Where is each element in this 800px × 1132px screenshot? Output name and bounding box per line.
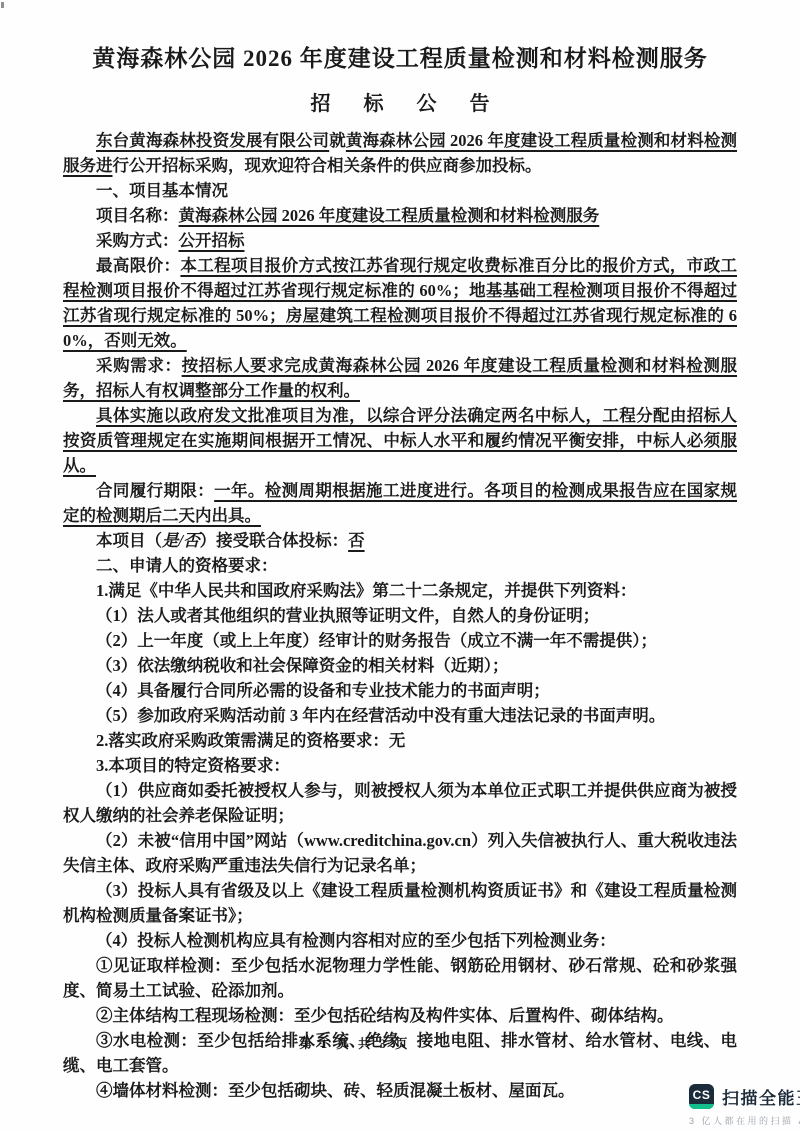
qualification-item-1-2: （2）上一年度（或上上年度）经审计的财务报告（成立不满一年不需提供）； [63,628,737,653]
qualification-item-1-4: （4）具备履行合同所必需的设备和专业技术能力的书面声明； [63,678,737,703]
text-segment: ②主体结构工程现场检测：至少包括砼结构及构件实体、后置构件、砌体结构。 [96,1006,674,1025]
text-segment: （4）投标人检测机构应具有检测内容相对应的至少包括下列检测业务： [96,931,616,950]
text-segment: （2）上一年度（或上上年度）经审计的财务报告（成立不满一年不需提供）； [96,631,657,650]
qualification-item-1-5: （5）参加政府采购活动前 3 年内在经营活动中没有重大违法记录的书面声明。 [63,703,737,728]
specific-item-3-4: （4）投标人检测机构应具有检测内容相对应的至少包括下列检测业务： [63,928,737,953]
text-segment: 具体实施以政府发文批准项目为准，以综合评分法确定两名中标人，工程分配由招标人按资… [63,406,737,475]
watermark-brand-name: 扫描全能王™ [722,1084,800,1109]
document-page: 黄海森林公园 2026 年度建设工程质量检测和材料检测服务 招 标 公 告 东台… [0,0,800,1132]
cs-logo-green-strip [689,1104,714,1109]
page-number: 第 1 页 共 3 页 [0,1034,710,1052]
qualification-item-3: 3.本项目的特定资格要求： [63,753,737,778]
text-segment: 否 [348,531,365,550]
max-price-line: 最高限价：本工程项目报价方式按江苏省现行规定收费标准百分比的报价方式，市政工程检… [63,253,737,353]
project-name-line: 项目名称：黄海森林公园 2026 年度建设工程质量检测和材料检测服务 [63,203,737,228]
scan-artifact [1,2,4,8]
text-segment: 就 [329,131,346,150]
document-title: 黄海森林公园 2026 年度建设工程质量检测和材料检测服务 [0,0,800,74]
text-segment: 公开招标 [179,231,245,250]
detection-item-4: ④墙体材料检测：至少包括砌块、砖、轻质混凝土板材、屋面瓦。 [63,1078,737,1103]
camscanner-watermark: CS 扫描全能王™ 3 亿人都在用的扫描 App [689,1084,800,1127]
text-segment: ）接受联合体投标： [200,531,349,550]
contract-period-line: 合同履行期限：一年。检测周期根据施工进度进行。各项目的检测成果报告应在国家规定的… [63,478,737,528]
camscanner-logo-icon: CS [689,1084,714,1109]
text-segment: 本项目（ [96,531,162,550]
consortium-bid-line: 本项目（是/否）接受联合体投标：否 [63,528,737,553]
text-segment: （1）法人或者其他组织的营业执照等证明文件，自然人的身份证明； [96,606,599,625]
section-1-heading: 一、项目基本情况 [63,178,737,203]
text-segment: 行公开招标采购，现欢迎符合相关条件的供应商参加投标。 [113,156,542,175]
section-2-heading: 二、申请人的资格要求： [63,553,737,578]
document-body: 东台黄海森林投资发展有限公司就黄海森林公园 2026 年度建设工程质量检测和材料… [63,128,737,1103]
procurement-demand-line: 采购需求：按招标人要求完成黄海森林公园 2026 年度建设工程质量检测和材料检测… [63,353,737,403]
text-segment: 合同履行期限： [96,481,214,500]
text-segment: 1.满足《中华人民共和国政府采购法》第二十二条规定，并提供下列资料： [96,581,636,600]
text-segment: 黄海森林公园 2026 年度建设工程质量检测和材料检测服务 [179,206,600,225]
scan-artifact [680,55,683,57]
text-segment: ④墙体材料检测：至少包括砌块、砖、轻质混凝土板材、屋面瓦。 [96,1081,575,1100]
text-segment: （4）具备履行合同所必需的设备和专业技术能力的书面声明； [96,681,550,700]
cs-logo-letters: CS [693,1089,711,1101]
specific-item-3-1: （1）供应商如委托被授权人参与，则被授权人须为本单位正式职工并提供供应商为被授权… [63,778,737,828]
text-segment: 最高限价： [96,256,180,275]
qualification-item-2: 2.落实政府采购政策需满足的资格要求：无 [63,728,737,753]
text-segment: 是/否 [162,531,200,550]
text-segment: （1）供应商如委托被授权人参与，则被授权人须为本单位正式职工并提供供应商为被授权… [63,781,737,825]
detection-item-1: ①见证取样检测：至少包括水泥物理力学性能、钢筋砼用钢材、砂石常规、砼和砂浆强度、… [63,953,737,1003]
implementation-note: 具体实施以政府发文批准项目为准，以综合评分法确定两名中标人，工程分配由招标人按资… [63,403,737,478]
specific-item-3-3: （3）投标人具有省级及以上《建设工程质量检测机构资质证书》和《建设工程质量检测机… [63,878,737,928]
text-segment: 采购方式： [96,231,179,250]
text-segment: 一、项目基本情况 [96,181,228,200]
text-segment: （5）参加政府采购活动前 3 年内在经营活动中没有重大违法记录的书面声明。 [96,706,665,725]
text-segment: 2.落实政府采购政策需满足的资格要求：无 [96,731,405,750]
watermark-brand-row: CS 扫描全能王™ [689,1084,800,1109]
text-segment: 采购需求： [96,356,182,375]
document-subtitle: 招 标 公 告 [0,74,800,117]
text-segment: 东台黄海森林投资发展有限公司 [96,131,329,150]
text-segment: 3.本项目的特定资格要求： [96,756,290,775]
qualification-item-1-1: （1）法人或者其他组织的营业执照等证明文件，自然人的身份证明； [63,603,737,628]
specific-item-3-2: （2）未被“信用中国”网站（www.creditchina.gov.cn）列入失… [63,828,737,878]
text-segment: （3）投标人具有省级及以上《建设工程质量检测机构资质证书》和《建设工程质量检测机… [63,881,737,925]
qualification-item-1-3: （3）依法缴纳税收和社会保障资金的相关材料（近期）； [63,653,737,678]
brand-name-text: 扫描全能王 [722,1089,800,1108]
detection-item-2: ②主体结构工程现场检测：至少包括砼结构及构件实体、后置构件、砌体结构。 [63,1003,737,1028]
text-segment: （2）未被“信用中国”网站（www.creditchina.gov.cn）列入失… [63,831,737,875]
text-segment: 项目名称： [96,206,179,225]
text-segment: ①见证取样检测：至少包括水泥物理力学性能、钢筋砼用钢材、砂石常规、砼和砂浆强度、… [63,956,737,1000]
qualification-item-1: 1.满足《中华人民共和国政府采购法》第二十二条规定，并提供下列资料： [63,578,737,603]
procurement-method-line: 采购方式：公开招标 [63,228,737,253]
text-segment: 二、申请人的资格要求： [96,556,278,575]
watermark-tagline: 3 亿人都在用的扫描 App [689,1114,800,1127]
text-segment: （3）依法缴纳税收和社会保障资金的相关材料（近期）； [96,656,509,675]
intro-paragraph: 东台黄海森林投资发展有限公司就黄海森林公园 2026 年度建设工程质量检测和材料… [63,128,737,178]
